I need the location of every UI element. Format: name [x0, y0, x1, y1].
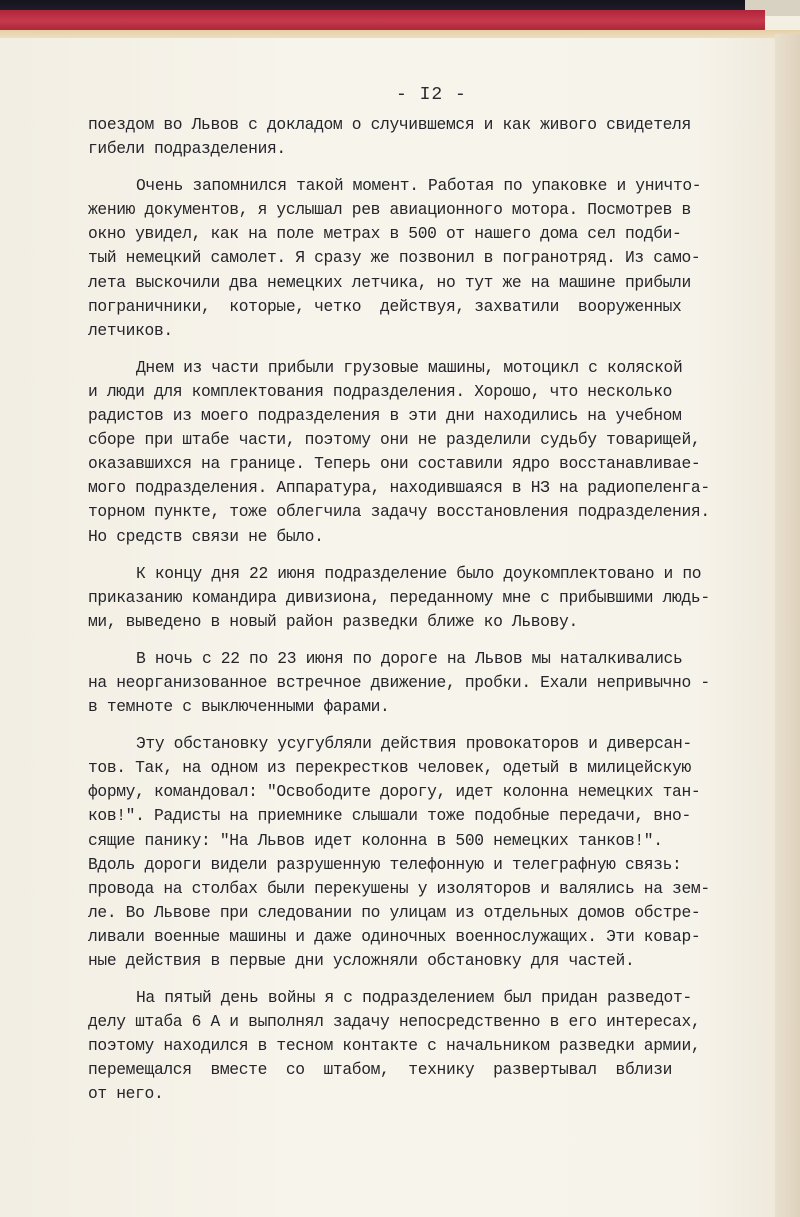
- text-line: на неорганизованное встречное движение, …: [88, 671, 758, 695]
- text-line: тый немецкий самолет. Я сразу же позвони…: [88, 246, 758, 270]
- text-line: жению документов, я услышал рев авиацион…: [88, 198, 758, 222]
- paragraph: поездом во Львов с докладом о случившемс…: [88, 113, 758, 161]
- text-line: торном пункте, тоже облегчила задачу вос…: [88, 500, 758, 524]
- text-line: летчиков.: [88, 319, 758, 343]
- text-line: На пятый день войны я с подразделением б…: [88, 986, 758, 1010]
- text-line: перемещался вместе со штабом, технику ра…: [88, 1058, 758, 1082]
- text-line: от него.: [88, 1082, 758, 1106]
- text-line: и люди для комплектования подразделения.…: [88, 380, 758, 404]
- text-line: в темноте с выключенными фарами.: [88, 695, 758, 719]
- text-line: ле. Во Львове при следовании по улицам и…: [88, 901, 758, 925]
- text-line: приказанию командира дивизиона, переданн…: [88, 586, 758, 610]
- text-line: ные действия в первые дни усложняли обст…: [88, 949, 758, 973]
- page-number: - I2 -: [396, 85, 467, 105]
- text-line: сборе при штабе части, поэтому они не ра…: [88, 428, 758, 452]
- paragraph: К концу дня 22 июня подразделение было д…: [88, 562, 758, 634]
- text-line: лета выскочили два немецких летчика, но …: [88, 271, 758, 295]
- text-line: Очень запомнился такой момент. Работая п…: [88, 174, 758, 198]
- text-line: поэтому находился в тесном контакте с на…: [88, 1034, 758, 1058]
- text-line: форму, командовал: "Освободите дорогу, и…: [88, 780, 758, 804]
- text-line: окно увидел, как на поле метрах в 500 от…: [88, 222, 758, 246]
- text-line: радистов из моего подразделения в эти дн…: [88, 404, 758, 428]
- text-line: ков!". Радисты на приемнике слышали тоже…: [88, 804, 758, 828]
- paragraph: В ночь с 22 по 23 июня по дороге на Льво…: [88, 647, 758, 719]
- paragraph: Очень запомнился такой момент. Работая п…: [88, 174, 758, 343]
- text-line: провода на столбах были перекушены у изо…: [88, 877, 758, 901]
- text-line: тов. Так, на одном из перекрестков челов…: [88, 756, 758, 780]
- text-line: пограничники, которые, четко действуя, з…: [88, 295, 758, 319]
- text-line: гибели подразделения.: [88, 137, 758, 161]
- text-line: В ночь с 22 по 23 июня по дороге на Льво…: [88, 647, 758, 671]
- text-line: Эту обстановку усугубляли действия прово…: [88, 732, 758, 756]
- text-line: ми, выведено в новый район разведки ближ…: [88, 610, 758, 634]
- text-line: мого подразделения. Аппаратура, находивш…: [88, 476, 758, 500]
- text-line: оказавшихся на границе. Теперь они соста…: [88, 452, 758, 476]
- paragraph: Днем из части прибыли грузовые машины, м…: [88, 356, 758, 549]
- page-right-edge: [775, 34, 800, 1217]
- text-line: поездом во Львов с докладом о случившемс…: [88, 113, 758, 137]
- text-line: сящие панику: "На Львов идет колонна в 5…: [88, 829, 758, 853]
- document-body: поездом во Львов с докладом о случившемс…: [88, 113, 758, 1120]
- text-line: ливали военные машины и даже одиночных в…: [88, 925, 758, 949]
- text-line: Вдоль дороги видели разрушенную телефонн…: [88, 853, 758, 877]
- paragraph: На пятый день войны я с подразделением б…: [88, 986, 758, 1106]
- binder-red-cover: [0, 10, 765, 32]
- text-line: делу штаба 6 А и выполнял задачу непосре…: [88, 1010, 758, 1034]
- paragraph: Эту обстановку усугубляли действия прово…: [88, 732, 758, 973]
- text-line: Но средств связи не было.: [88, 525, 758, 549]
- text-line: Днем из части прибыли грузовые машины, м…: [88, 356, 758, 380]
- text-line: К концу дня 22 июня подразделение было д…: [88, 562, 758, 586]
